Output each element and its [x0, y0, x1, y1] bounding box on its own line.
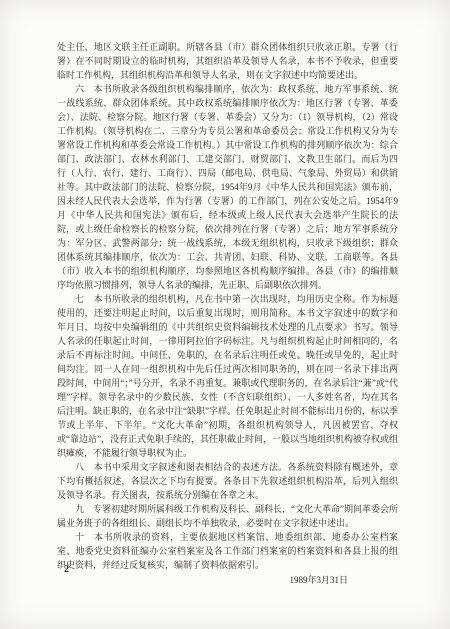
paragraph-item-nine: 九 专署初建时期所属科级工作机构及科长、副科长，“文化大革命”期间革委会所属业务…	[57, 502, 398, 530]
body-text: 处主任、地区文联主任正副职。所辖各县（市）群众团体组织只收录正职。专署（行署）在…	[57, 40, 398, 587]
paragraph-item-six: 六 本书所收录各级组织机构编排顺序，依次为：政权系统、地方军事系统、统一战线系统…	[57, 82, 398, 292]
paragraph-continuation: 处主任、地区文联主任正副职。所辖各县（市）群众团体组织只收录正职。专署（行署）在…	[57, 40, 398, 82]
paragraph-item-ten: 十 本书所收录的资料，主要依据地区档案馆、地委组织部、地委办公室档案室、地委党史…	[57, 530, 398, 572]
paragraph-item-eight: 八 本书中采用文字叙述和图表相结合的表述方法。各系统资料除有概述外，章下均有概括…	[57, 460, 398, 502]
date-line: 1989年3月31日	[57, 573, 398, 587]
page-number: 2	[64, 564, 69, 575]
scanned-book-page: 处主任、地区文联主任正副职。所辖各县（市）群众团体组织只收录正职。专署（行署）在…	[0, 0, 450, 629]
paragraph-item-seven: 七 本书所收录的组织机构，凡在书中第一次出现时，均用历史全称。作为标题使用的，还…	[57, 292, 398, 460]
